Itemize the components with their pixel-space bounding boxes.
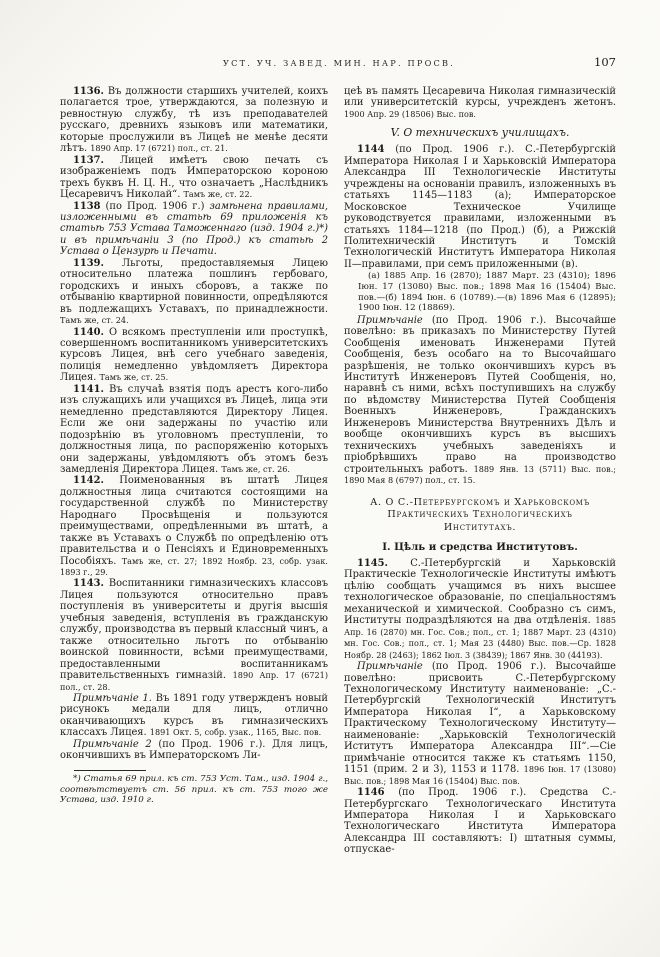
text-segment: 1145. (357, 558, 388, 569)
section-heading: V. О техническихъ училищахъ. (344, 127, 616, 139)
text-segment: (по Прод. 1906 г.). Высочайше повелѣно: … (344, 315, 616, 475)
text-segment: 1890 Апр. 17 (6721) пол., ст. 21. (90, 143, 228, 153)
text-segment: 1143. (73, 578, 104, 589)
footnote-rule (74, 770, 146, 771)
paragraph: цеѣ въ память Цесаревича Николая гимнази… (344, 86, 616, 120)
text-segment: (по Прод. 1906 г.). С.-Петербургскій Имп… (344, 144, 616, 270)
paragraph: Примѣчаніе 1. Въ 1891 году утвержденъ но… (60, 693, 328, 739)
paragraph: 1145. С.-Петербургскій и Харьковскій Пра… (344, 558, 616, 661)
paragraph: 1140. О всякомъ преступленіи или проступ… (60, 327, 328, 384)
paragraph: Примѣчаніе 2 (по Прод. 1906 г.). Для лиц… (60, 739, 328, 762)
text-segment: 1142. (73, 475, 104, 486)
section-heading: А. О С.-Петербургскомъ и Харьковскомъ Пр… (350, 497, 610, 535)
document-page: УСТ. УЧ. ЗАВЕД. МИН. НАР. ПРОСВ. 107 113… (0, 0, 660, 957)
page-number: 107 (594, 55, 616, 69)
paragraph: 1143. Воспитанники гимназическихъ классо… (60, 578, 328, 693)
text-segment: 1136. (73, 86, 104, 97)
text-segment: (по Прод. 1906 г.). Высочайше повелѣно: … (344, 661, 616, 775)
running-head: УСТ. УЧ. ЗАВЕД. МИН. НАР. ПРОСВ. 107 (60, 58, 618, 74)
text-columns: 1136. Въ должности старшихъ учителей, ко… (60, 86, 618, 856)
text-segment: 1140. (73, 327, 104, 338)
text-segment: *) Статья 69 прил. къ ст. 753 Уст. Там.,… (60, 774, 328, 806)
paragraph: Примѣчаніе (по Прод. 1906 г.). Высочайше… (344, 661, 616, 787)
text-segment: Тамъ же, ст. 24. (60, 315, 129, 325)
text-segment: Въ случаѣ взятія подъ арестъ кого-либо и… (60, 384, 328, 475)
text-segment: (по Прод. 1906 г.) (100, 201, 209, 212)
paragraph: 1146 (по Прод. 1906 г.). Средства С.-Пет… (344, 787, 616, 856)
text-segment: Тамъ же, ст. 22. (184, 189, 253, 199)
paragraph: 1137. Лицей имѣетъ свою печать съ изобра… (60, 155, 328, 201)
text-segment: Примѣчаніе (357, 315, 423, 326)
text-segment: Поименованныя въ штатѣ Лицея должностныя… (60, 475, 328, 566)
section-heading: I. Цѣль и средства Институтовъ. (344, 541, 616, 553)
paragraph: 1141. Въ случаѣ взятія подъ арестъ кого-… (60, 384, 328, 476)
paragraph: Примѣчаніе (по Прод. 1906 г.). Высочайше… (344, 315, 616, 487)
text-segment: 1139. (73, 258, 104, 269)
text-segment: 1141. (73, 384, 104, 395)
text-segment: Воспитанники гимназическихъ классовъ Лиц… (60, 578, 328, 681)
text-segment: А. О С.-Петербургскомъ и Харьковскомъ Пр… (370, 497, 590, 533)
paragraph: 1139. Льготы, предоставляемыя Лицею отно… (60, 258, 328, 327)
text-segment: 1138 (73, 201, 100, 212)
footnote-text: *) Статья 69 прил. къ ст. 753 Уст. Там.,… (60, 774, 328, 806)
text-segment: Тамъ же, ст. 25. (100, 372, 169, 382)
text-segment: 1900 Апр. 29 (18506) Выс. пов. (344, 109, 476, 119)
text-segment: 1144 (357, 144, 384, 155)
running-title: УСТ. УЧ. ЗАВЕД. МИН. НАР. ПРОСВ. (60, 58, 618, 68)
text-segment: (а) 1885 Апр. 16 (2870); 1887 Март. 23 (… (358, 271, 616, 313)
text-segment: Примѣчаніе 2 (73, 739, 152, 750)
right-column: цеѣ въ память Цесаревича Николая гимнази… (344, 86, 616, 856)
paragraph: 1144 (по Прод. 1906 г.). С.-Петербургскі… (344, 144, 616, 270)
paragraph: (а) 1885 Апр. 16 (2870); 1887 Март. 23 (… (358, 271, 616, 313)
text-segment: I. Цѣль и средства Институтовъ. (382, 541, 578, 553)
text-segment: V. О техническихъ училищахъ. (391, 126, 570, 139)
paragraph: 1136. Въ должности старшихъ учителей, ко… (60, 86, 328, 155)
text-segment: (по Прод. 1906 г.). Средства С.-Петербур… (344, 787, 616, 855)
text-segment: Тамъ же, ст. 26. (221, 464, 290, 474)
text-segment: 1137. (73, 155, 104, 166)
text-segment: 1146 (357, 787, 384, 798)
paragraph: 1142. Поименованныя въ штатѣ Лицея должн… (60, 475, 328, 578)
text-segment: 1891 Окт. 5, собр. узак., 1165, Выс. пов… (150, 727, 321, 737)
text-segment: Примѣчаніе (357, 661, 423, 672)
paragraph: 1138 (по Прод. 1906 г.) замѣнена правила… (60, 201, 328, 258)
text-segment: Примѣчаніе 1. (73, 693, 152, 704)
left-column: 1136. Въ должности старшихъ учителей, ко… (60, 86, 328, 856)
text-segment: цеѣ въ память Цесаревича Николая гимнази… (344, 86, 616, 108)
